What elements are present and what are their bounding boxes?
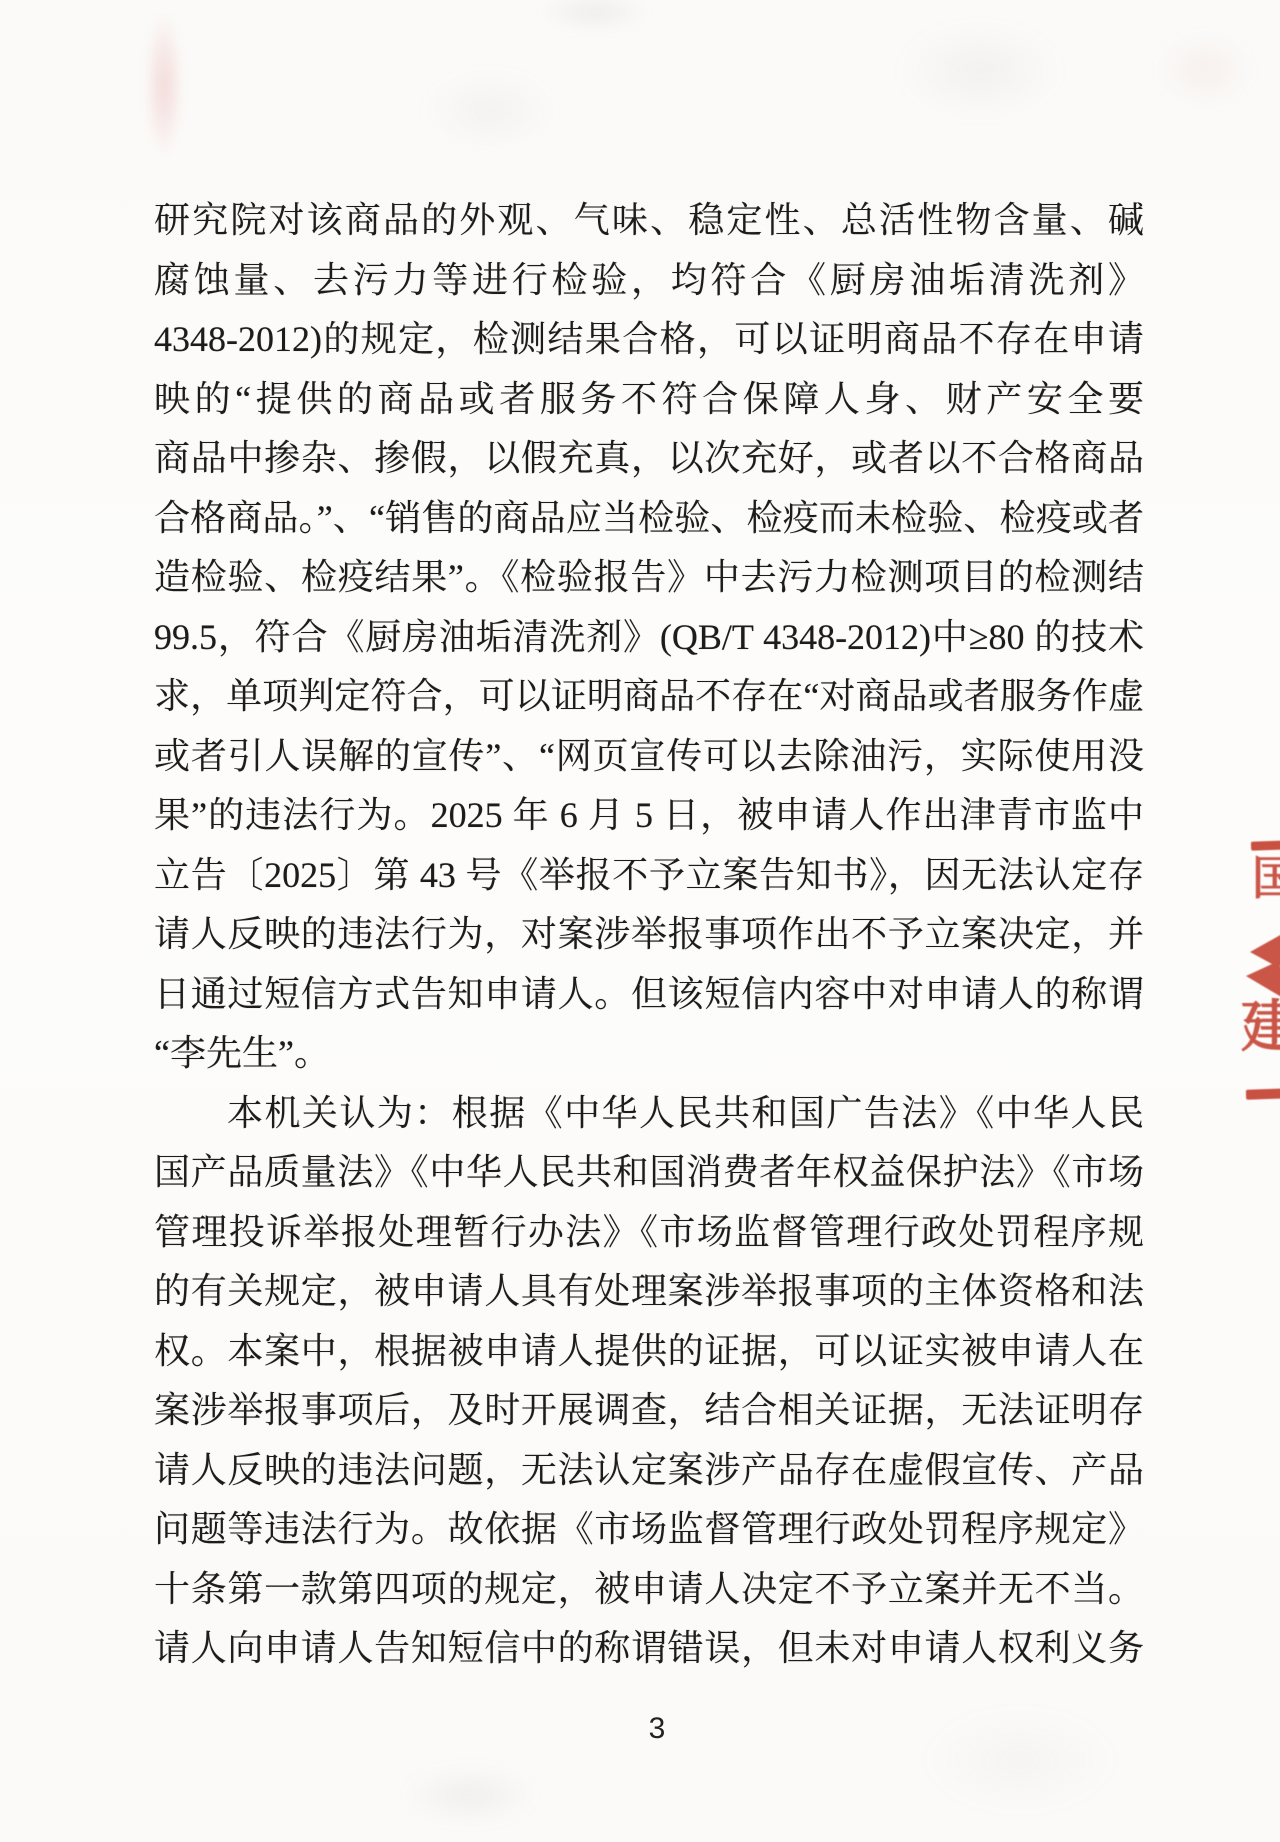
text-line: 十条第一款第四项的规定，被申请人决定不予立案并无不当。被申 [154,1560,1144,1620]
text-line: 请人向申请人告知短信中的称谓错误，但未对申请人权利义务产生 [154,1619,1144,1679]
scan-smudge [138,0,190,186]
text-line: 99.5，符合《厨房油垢清洗剂》(QB/T 4348-2012)中≥80 的技术… [154,608,1144,668]
text-line-paragraph-start: 本机关认为：根据《中华人民共和国广告法》《中华人民共和 [154,1084,1144,1144]
text-line: 求，单项判定符合，可以证明商品不存在“对商品或者服务作虚假 [154,667,1144,727]
text-line: 腐蚀量、去污力等进行检验，均符合《厨房油垢清洗剂》(QB/T [154,251,1144,311]
scan-smudge [870,6,1090,136]
text-line: 问题等违法行为。故依据《市场监督管理行政处罚程序规定》第二 [154,1500,1144,1560]
text-line: 4348-2012)的规定，检测结果合格，可以证明商品不存在申请人反 [154,310,1144,370]
text-line: 请人反映的违法行为，对案涉举报事项作出不予立案决定，并于当 [154,905,1144,965]
scan-smudge [400,56,580,166]
document-page: 研究院对该商品的外观、气味、稳定性、总活性物含量、碱度、pH、 腐蚀量、去污力等… [0,0,1280,1842]
stamp-border-fragment [1246,1088,1280,1100]
scan-smudge [1140,20,1270,120]
text-line: 请人反映的违法问题，无法认定案涉产品存在虚假宣传、产品质量 [154,1441,1144,1501]
text-line: 的有关规定，被申请人具有处理案涉举报事项的主体资格和法定职 [154,1262,1144,1322]
text-line: 案涉举报事项后，及时开展调查，结合相关证据，无法证明存在申 [154,1381,1144,1441]
text-line: 商品中掺杂、掺假，以假充真，以次充好，或者以不合格商品冒充 [154,429,1144,489]
text-line: 果”的违法行为。2025 年 6 月 5 日，被申请人作出津青市监中不 [154,786,1144,846]
scan-smudge [520,0,670,38]
document-body: 研究院对该商品的外观、气味、稳定性、总活性物含量、碱度、pH、 腐蚀量、去污力等… [154,191,1144,1679]
text-line-paragraph-end: “李先生”。 [154,1024,1144,1084]
text-line: 管理投诉举报处理暂行办法》《市场监督管理行政处罚程序规定》 [154,1203,1144,1263]
text-line: 权。本案中，根据被申请人提供的证据，可以证实被申请人在收到 [154,1322,1144,1382]
text-line: 立告〔2025〕第 43 号《举报不予立案告知书》，因无法认定存在申 [154,846,1144,906]
page-number: 3 [649,1712,666,1746]
text-line: 研究院对该商品的外观、气味、稳定性、总活性物含量、碱度、pH、 [154,191,1144,251]
stamp-character-fragment: 建 [1241,1000,1280,1056]
text-line: 合格商品。”、“销售的商品应当检验、检疫而未检验、检疫或者伪 [154,489,1144,549]
text-line: 日通过短信方式告知申请人。但该短信内容中对申请人的称谓为 [154,965,1144,1025]
stamp-character-fragment: 国 [1252,856,1280,902]
text-line: 映的“提供的商品或者服务不符合保障人身、财产安全要求。”、“在 [154,370,1144,430]
text-line: 国产品质量法》《中华人民共和国消费者年权益保护法》《市场监督 [154,1143,1144,1203]
scan-smudge [380,1755,560,1835]
stamp-border-fragment [1251,840,1280,850]
scan-smudge [890,1690,1150,1830]
text-line: 或者引人误解的宣传”、“网页宣传可以去除油污，实际使用没有效 [154,727,1144,787]
text-line: 造检验、检疫结果”。《检验报告》中去污力检测项目的检测结果为 [154,548,1144,608]
